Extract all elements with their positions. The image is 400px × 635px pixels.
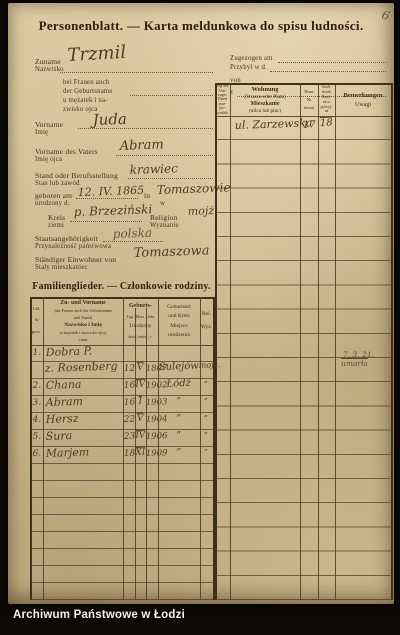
family-row-name: Abram bbox=[46, 395, 84, 409]
family-heading: Familienglieder. — Członkowie rodziny. bbox=[30, 281, 213, 292]
family-row-place: ” bbox=[158, 413, 200, 425]
kreis-line bbox=[70, 221, 142, 222]
przybyl-line bbox=[270, 71, 386, 72]
family-row-rel: ” bbox=[199, 448, 213, 457]
family-row-name: Marjem bbox=[46, 445, 90, 460]
beruf-label-de: Stand oder Berufsstellung bbox=[35, 171, 118, 180]
zugezogen-label-de: Zugezogen am bbox=[230, 55, 273, 62]
einwohner-label-pl: Stały mieszkaniec bbox=[35, 264, 88, 271]
annotation-date: 7. 3. 21. bbox=[343, 350, 374, 359]
family-col-nr-header: Lfd. № porz. bbox=[30, 303, 43, 337]
family-row-day: 18 bbox=[124, 449, 135, 459]
family-row-name2: z. Rosenberg bbox=[45, 359, 118, 375]
vater-line bbox=[116, 155, 213, 156]
scan-background: { "page": { "title": "Personenblatt. — K… bbox=[0, 0, 400, 635]
family-row-rel: ” bbox=[199, 380, 213, 389]
residence-col-bezirk-header: Stadt- bezirk Dziel- nica policyj- na bbox=[318, 85, 335, 114]
family-row-rel: ” bbox=[199, 414, 213, 423]
geboren-in-de: in bbox=[144, 191, 150, 200]
residence-row1-bezirk: 18 bbox=[319, 117, 334, 129]
archive-watermark: Archiwum Państwowe w Łodzi bbox=[13, 609, 185, 621]
family-row-month: I bbox=[135, 397, 146, 407]
family-row-place: ” bbox=[158, 396, 200, 408]
zugezogen-label-pl: Przybył w d. bbox=[230, 64, 267, 71]
family-row-month: IV bbox=[135, 431, 146, 441]
kreis-label-pl: ziemi bbox=[48, 222, 64, 229]
religion-value: mojż. bbox=[188, 204, 218, 218]
vater-value: Abram bbox=[119, 137, 164, 154]
family-right-border bbox=[213, 297, 215, 600]
family-row-nr: 2. bbox=[31, 381, 43, 391]
religion-label-pl: Wyznanie bbox=[150, 222, 179, 229]
family-row-place: Sulejów bbox=[158, 361, 200, 373]
maiden-line bbox=[130, 95, 213, 96]
geboren-date: 12. IV. 1865 bbox=[78, 184, 145, 199]
geboren-label-pl: urodzony d. bbox=[35, 200, 70, 207]
beruf-label-pl: Stan lub zawód bbox=[35, 180, 80, 187]
family-row-month: XI bbox=[135, 448, 146, 458]
family-row-month: IV bbox=[135, 380, 146, 390]
religion-label-de: Religion bbox=[150, 213, 177, 222]
family-col-place-header: Geburtsort und Kreis Miejsce urodzenia bbox=[158, 302, 200, 340]
family-row-place: ” bbox=[158, 447, 200, 459]
family-col-name-header: Zu- und Vorname (bei Frauen auch der Geb… bbox=[43, 299, 123, 343]
einwohner-label-de: Ständiger Einwohner von bbox=[35, 255, 116, 264]
vorname-value: Juda bbox=[92, 110, 127, 129]
family-row-name: Dobra P. bbox=[46, 344, 93, 359]
family-row-nr: 5. bbox=[31, 432, 43, 442]
geboren-label-de: geboren am bbox=[35, 191, 72, 200]
staat-label-de: Staatsangehörigkeit bbox=[35, 234, 98, 243]
family-row-nr: 4. bbox=[31, 415, 43, 425]
family-row-day: 23 bbox=[124, 432, 135, 442]
beruf-value: krawiec bbox=[130, 161, 179, 177]
zuname-value: Trzmil bbox=[67, 42, 127, 66]
zugezogen-line bbox=[278, 62, 386, 63]
family-row-day: 22 bbox=[124, 415, 135, 425]
family-row-name: Sura bbox=[46, 429, 73, 443]
family-row-place: ” bbox=[158, 430, 200, 442]
family-row-month: V bbox=[135, 414, 146, 424]
family-row-day: 16 bbox=[124, 381, 135, 391]
family-row-nr: 1. bbox=[31, 348, 43, 358]
zuname-line bbox=[60, 72, 213, 73]
vorname-label-pl: Imię bbox=[35, 129, 48, 136]
zuname-label-de: Zuname bbox=[35, 57, 61, 66]
family-row-rel: mojż. bbox=[199, 361, 213, 370]
family-row-nr: 6. bbox=[31, 449, 43, 459]
geboren-line bbox=[76, 198, 138, 199]
residence-col-wohnung-header: Wohnung (Strasse oder Platz) Mieszkanie … bbox=[230, 85, 300, 114]
residence-col-bemerkungen-header: Bemerkungen Uwagi bbox=[335, 90, 391, 109]
vater-label-pl: Imię ojca bbox=[35, 156, 62, 163]
annotation-note: umarła bbox=[341, 359, 368, 368]
beruf-line bbox=[128, 178, 213, 179]
family-row-day: 16 bbox=[124, 398, 135, 408]
residence-col-haus-header: Haus № domu bbox=[300, 87, 318, 112]
kreis-label-de: Kreis bbox=[48, 213, 65, 222]
family-row-rel: ” bbox=[199, 431, 213, 440]
family-row-month: V bbox=[135, 363, 146, 373]
maiden-note-1: bei Frauen auch bbox=[63, 79, 109, 86]
family-row-day: 12 bbox=[124, 364, 135, 374]
vorname-label-de: Vorname bbox=[35, 120, 63, 129]
residence-col-day-header: Tag des Um- zuges Dzień prze- pro- wadzk… bbox=[215, 84, 230, 115]
staat-value: polska bbox=[113, 226, 153, 241]
family-row-nr: 3. bbox=[31, 398, 43, 408]
family-row-name: Hersz bbox=[46, 412, 79, 426]
staat-line bbox=[103, 241, 163, 242]
einwohner-value: Tomaszowa bbox=[133, 243, 209, 261]
family-row-place: Łódź bbox=[158, 378, 200, 390]
family-col-rel-header: Rel. Wyz. bbox=[200, 308, 213, 334]
geboren-in-pl: w bbox=[160, 200, 165, 207]
staat-label-pl: Przynależność państwowa bbox=[35, 243, 111, 250]
vater-label-de: Vorname des Vaters bbox=[35, 147, 98, 156]
residence-row1-haus: 17 bbox=[302, 119, 317, 131]
page-title: Personenblatt. — Karta meldunkowa do spi… bbox=[8, 18, 394, 34]
document-page: Personenblatt. — Karta meldunkowa do spi… bbox=[8, 3, 394, 604]
kreis-value: p. Brzeziński bbox=[74, 202, 153, 219]
maiden-note-2: der Geburtsname bbox=[63, 88, 113, 95]
family-row-rel: ” bbox=[199, 397, 213, 406]
family-col-birth-header: Geburts- Tag | Mon. | Jahr Urodzony dnia… bbox=[123, 301, 158, 341]
vorname-line bbox=[78, 128, 213, 129]
family-row-name: Chana bbox=[46, 378, 82, 392]
maiden-note-3: u mężatek i na- bbox=[63, 97, 108, 104]
residence-right-border bbox=[391, 83, 393, 600]
